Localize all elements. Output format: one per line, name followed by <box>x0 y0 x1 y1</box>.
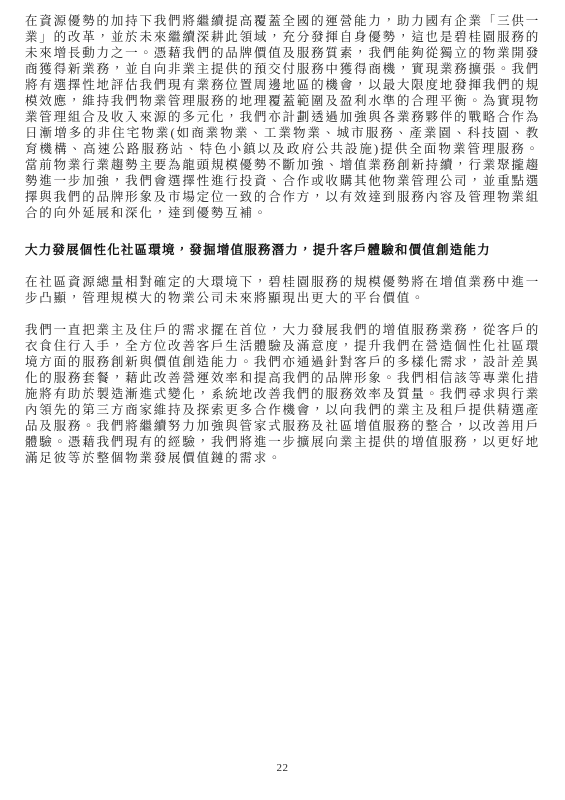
paragraph-business-expansion: 在資源優勢的加持下我們將繼續提高覆蓋全國的運營能力，助力國有企業「三供一業」的改… <box>25 13 540 221</box>
page-number: 22 <box>277 762 289 774</box>
paragraph-platform-value: 在社區資源總量相對確定的大環境下，碧桂園服務的規模優勢將在增值業務中進一步凸顯，… <box>25 274 540 306</box>
paragraph-value-added-services: 我們一直把業主及住戶的需求擺在首位，大力發展我們的增值服務業務，從客戶的衣食住行… <box>25 322 540 466</box>
section-heading-community-services: 大力發展個性化社區環境，發掘增值服務潛力，提升客戶體驗和價值創造能力 <box>25 243 540 258</box>
document-page: 在資源優勢的加持下我們將繼續提高覆蓋全國的運營能力，助力國有企業「三供一業」的改… <box>0 0 565 800</box>
page-footer: 22 <box>0 758 565 776</box>
